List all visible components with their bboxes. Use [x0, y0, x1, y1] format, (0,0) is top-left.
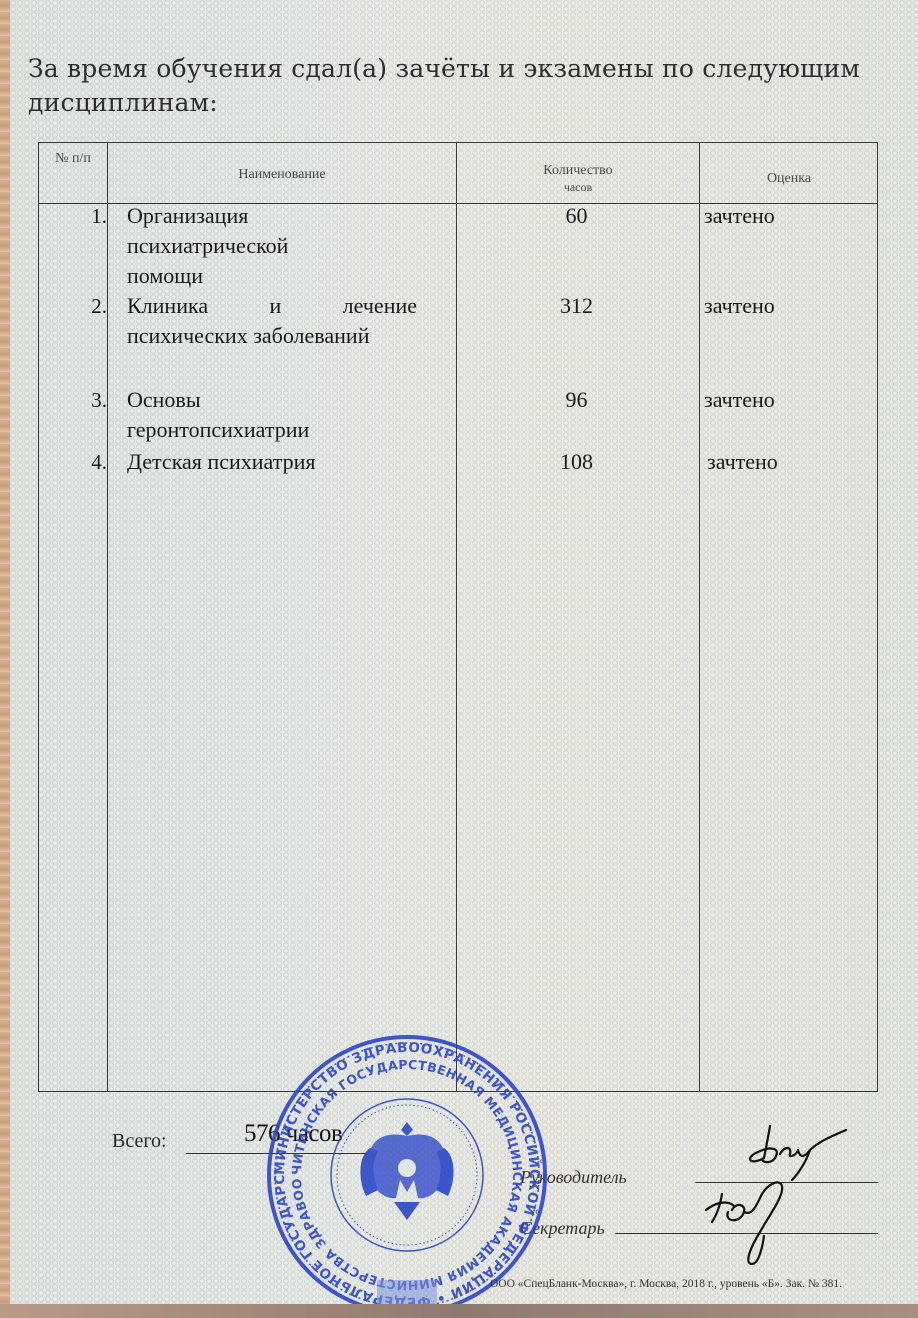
- row-hours: 96: [459, 385, 694, 415]
- coat-of-arms-eagle-icon: [360, 1122, 453, 1220]
- disciplines-table: № п/п Наименование Количество часов Оцен…: [38, 142, 878, 1092]
- secretary-signature-mark: [700, 1176, 810, 1271]
- header-hours-line2: часов: [458, 179, 698, 195]
- column-divider: [456, 143, 457, 1091]
- column-divider: [699, 143, 700, 1091]
- header-number: № п/п: [47, 151, 99, 167]
- row-discipline: Основы геронтопсихиатрии: [127, 385, 367, 445]
- row-discipline: Организация психиатрической помощи: [127, 201, 347, 291]
- row-number: 3.: [39, 385, 107, 415]
- row-grade: зачтено: [707, 447, 867, 477]
- row-number: 2.: [39, 291, 107, 321]
- total-label: Всего:: [112, 1130, 167, 1153]
- header-hours-line1: Количество: [458, 163, 698, 179]
- row-grade: зачтено: [704, 201, 864, 231]
- row-discipline: Детская психиатрия: [127, 447, 427, 477]
- printer-imprint: ООО «СпецБланк-Москва», г. Москва, 2018 …: [490, 1278, 842, 1290]
- row-hours: 108: [459, 447, 694, 477]
- row-discipline: Клиника и лечение психических заболевани…: [127, 291, 417, 351]
- row-number: 4.: [39, 447, 107, 477]
- official-seal-stamp: МИНИСТЕРСТВО ЗДРАВООХРАНЕНИЯ РОССИЙСКОЙ …: [262, 1030, 552, 1318]
- row-hours: 60: [459, 201, 694, 231]
- row-hours: 312: [459, 291, 694, 321]
- page-heading: За время обучения сдал(а) зачёты и экзам…: [28, 52, 888, 120]
- desk-surface-bottom: [0, 1304, 918, 1318]
- row-grade: зачтено: [704, 291, 864, 321]
- row-grade: зачтено: [704, 385, 864, 415]
- header-grade: Оценка: [701, 171, 877, 187]
- column-divider: [107, 143, 108, 1091]
- header-hours: Количество часов: [458, 163, 698, 195]
- header-name: Наименование: [109, 167, 455, 183]
- row-number: 1.: [39, 201, 107, 231]
